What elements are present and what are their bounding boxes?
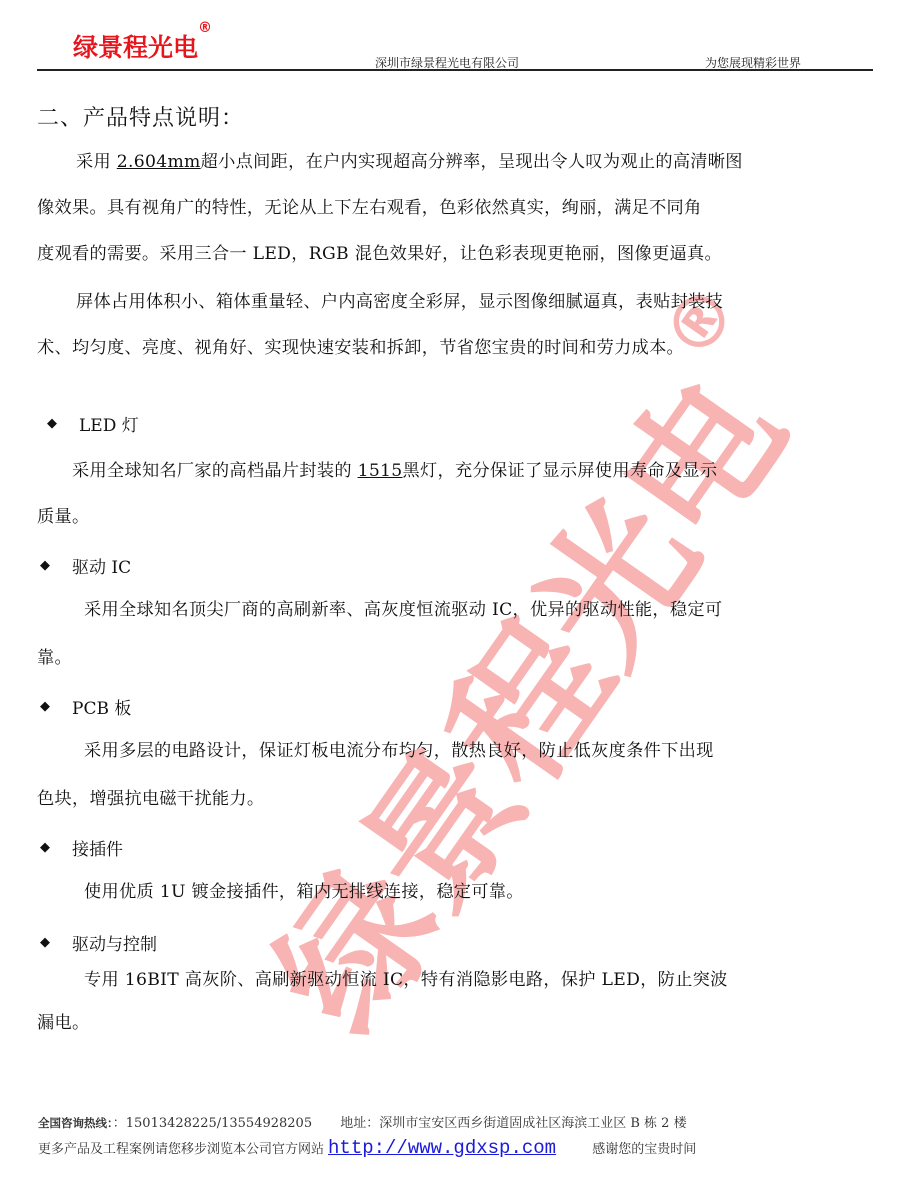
led-model-value: 1515 <box>358 461 403 481</box>
diamond-bullet-icon: ◆ <box>47 416 57 431</box>
watermark: 绿景程光电® <box>216 270 863 1066</box>
intro-paragraph-2-line-2: 术、均匀度、亮度、视角好、实现快速安装和拆卸，节省您宝贵的时间和劳力成本。 <box>37 328 684 368</box>
header-divider <box>37 69 873 71</box>
feature-pcb-heading: ◆ PCB 板 <box>40 694 131 719</box>
feature-connector-line-1: 使用优质 1U 镀金接插件，箱内无排线连接，稳定可靠。 <box>84 872 524 912</box>
thanks-text: 感谢您的宝贵时间 <box>592 1142 696 1157</box>
document-page: 绿景程光电 ® 深圳市绿景程光电有限公司 为您展现精彩世界 绿景程光电® 二、产… <box>0 0 900 1202</box>
feature-led-heading: ◆ LED 灯 <box>47 411 139 436</box>
feature-control-line-1: 专用 16BIT 高灰阶、高刷新驱动恒流 IC，特有消隐影电路，保护 LED，防… <box>84 960 728 1000</box>
feature-driver-ic-heading: ◆ 驱动 IC <box>40 553 131 578</box>
hotline-numbers: ：15013428225/13554928205 <box>113 1116 312 1131</box>
more-info-text: 更多产品及工程案例请您移步浏览本公司官方网站 <box>38 1142 324 1157</box>
footer-website-line: 更多产品及工程案例请您移步浏览本公司官方网站http://www.gdxsp.c… <box>38 1137 696 1159</box>
feature-connector-heading: ◆ 接插件 <box>40 835 123 860</box>
company-logo: 绿景程光电 ® <box>73 28 198 64</box>
intro-paragraph-1-line-2: 像效果。具有视角广的特性，无论从上下左右观看，色彩依然真实，绚丽，满足不同角 <box>37 188 702 228</box>
diamond-bullet-icon: ◆ <box>40 840 50 855</box>
website-link[interactable]: http://www.gdxsp.com <box>328 1137 556 1159</box>
feature-driver-ic-line-1: 采用全球知名顶尖厂商的高刷新率、高灰度恒流驱动 IC，优异的驱动性能，稳定可 <box>84 590 722 630</box>
diamond-bullet-icon: ◆ <box>40 558 50 573</box>
logo-text: 绿景程光电 <box>73 33 198 62</box>
hotline-label: 全国咨询热线： <box>38 1116 113 1130</box>
feature-led-line-1: 采用全球知名厂家的高档晶片封装的 1515黑灯，充分保证了显示屏使用寿命及显示 <box>72 451 717 491</box>
company-address: 地址：深圳市宝安区西乡街道固成社区海滨工业区 B 栋 2 楼 <box>340 1116 686 1131</box>
registered-mark-icon: ® <box>198 20 212 36</box>
feature-control-heading: ◆ 驱动与控制 <box>40 930 157 955</box>
intro-paragraph-1-line-3: 度观看的需要。采用三合一 LED，RGB 混色效果好，让色彩表现更艳丽，图像更逼… <box>37 234 722 274</box>
feature-pcb-line-1: 采用多层的电路设计，保证灯板电流分布均匀，散热良好，防止低灰度条件下出现 <box>84 731 714 771</box>
diamond-bullet-icon: ◆ <box>40 699 50 714</box>
feature-driver-ic-line-2: 靠。 <box>37 638 72 678</box>
pixel-pitch-value: 2.604mm <box>117 152 201 172</box>
feature-pcb-line-2: 色块，增强抗电磁干扰能力。 <box>37 779 264 819</box>
intro-paragraph-1-line-1: 采用 2.604mm超小点间距，在户内实现超高分辨率，呈现出令人叹为观止的高清晰… <box>76 142 743 182</box>
intro-paragraph-2-line-1: 屏体占用体积小、箱体重量轻、户内高密度全彩屏，显示图像细腻逼真，表贴封装技 <box>76 282 723 322</box>
feature-led-line-2: 质量。 <box>37 497 89 537</box>
diamond-bullet-icon: ◆ <box>40 935 50 950</box>
feature-control-line-2: 漏电。 <box>37 1003 89 1043</box>
section-title: 二、产品特点说明： <box>37 101 244 132</box>
footer-contact-line: 全国咨询热线：：15013428225/13554928205 地址：深圳市宝安… <box>38 1112 687 1131</box>
